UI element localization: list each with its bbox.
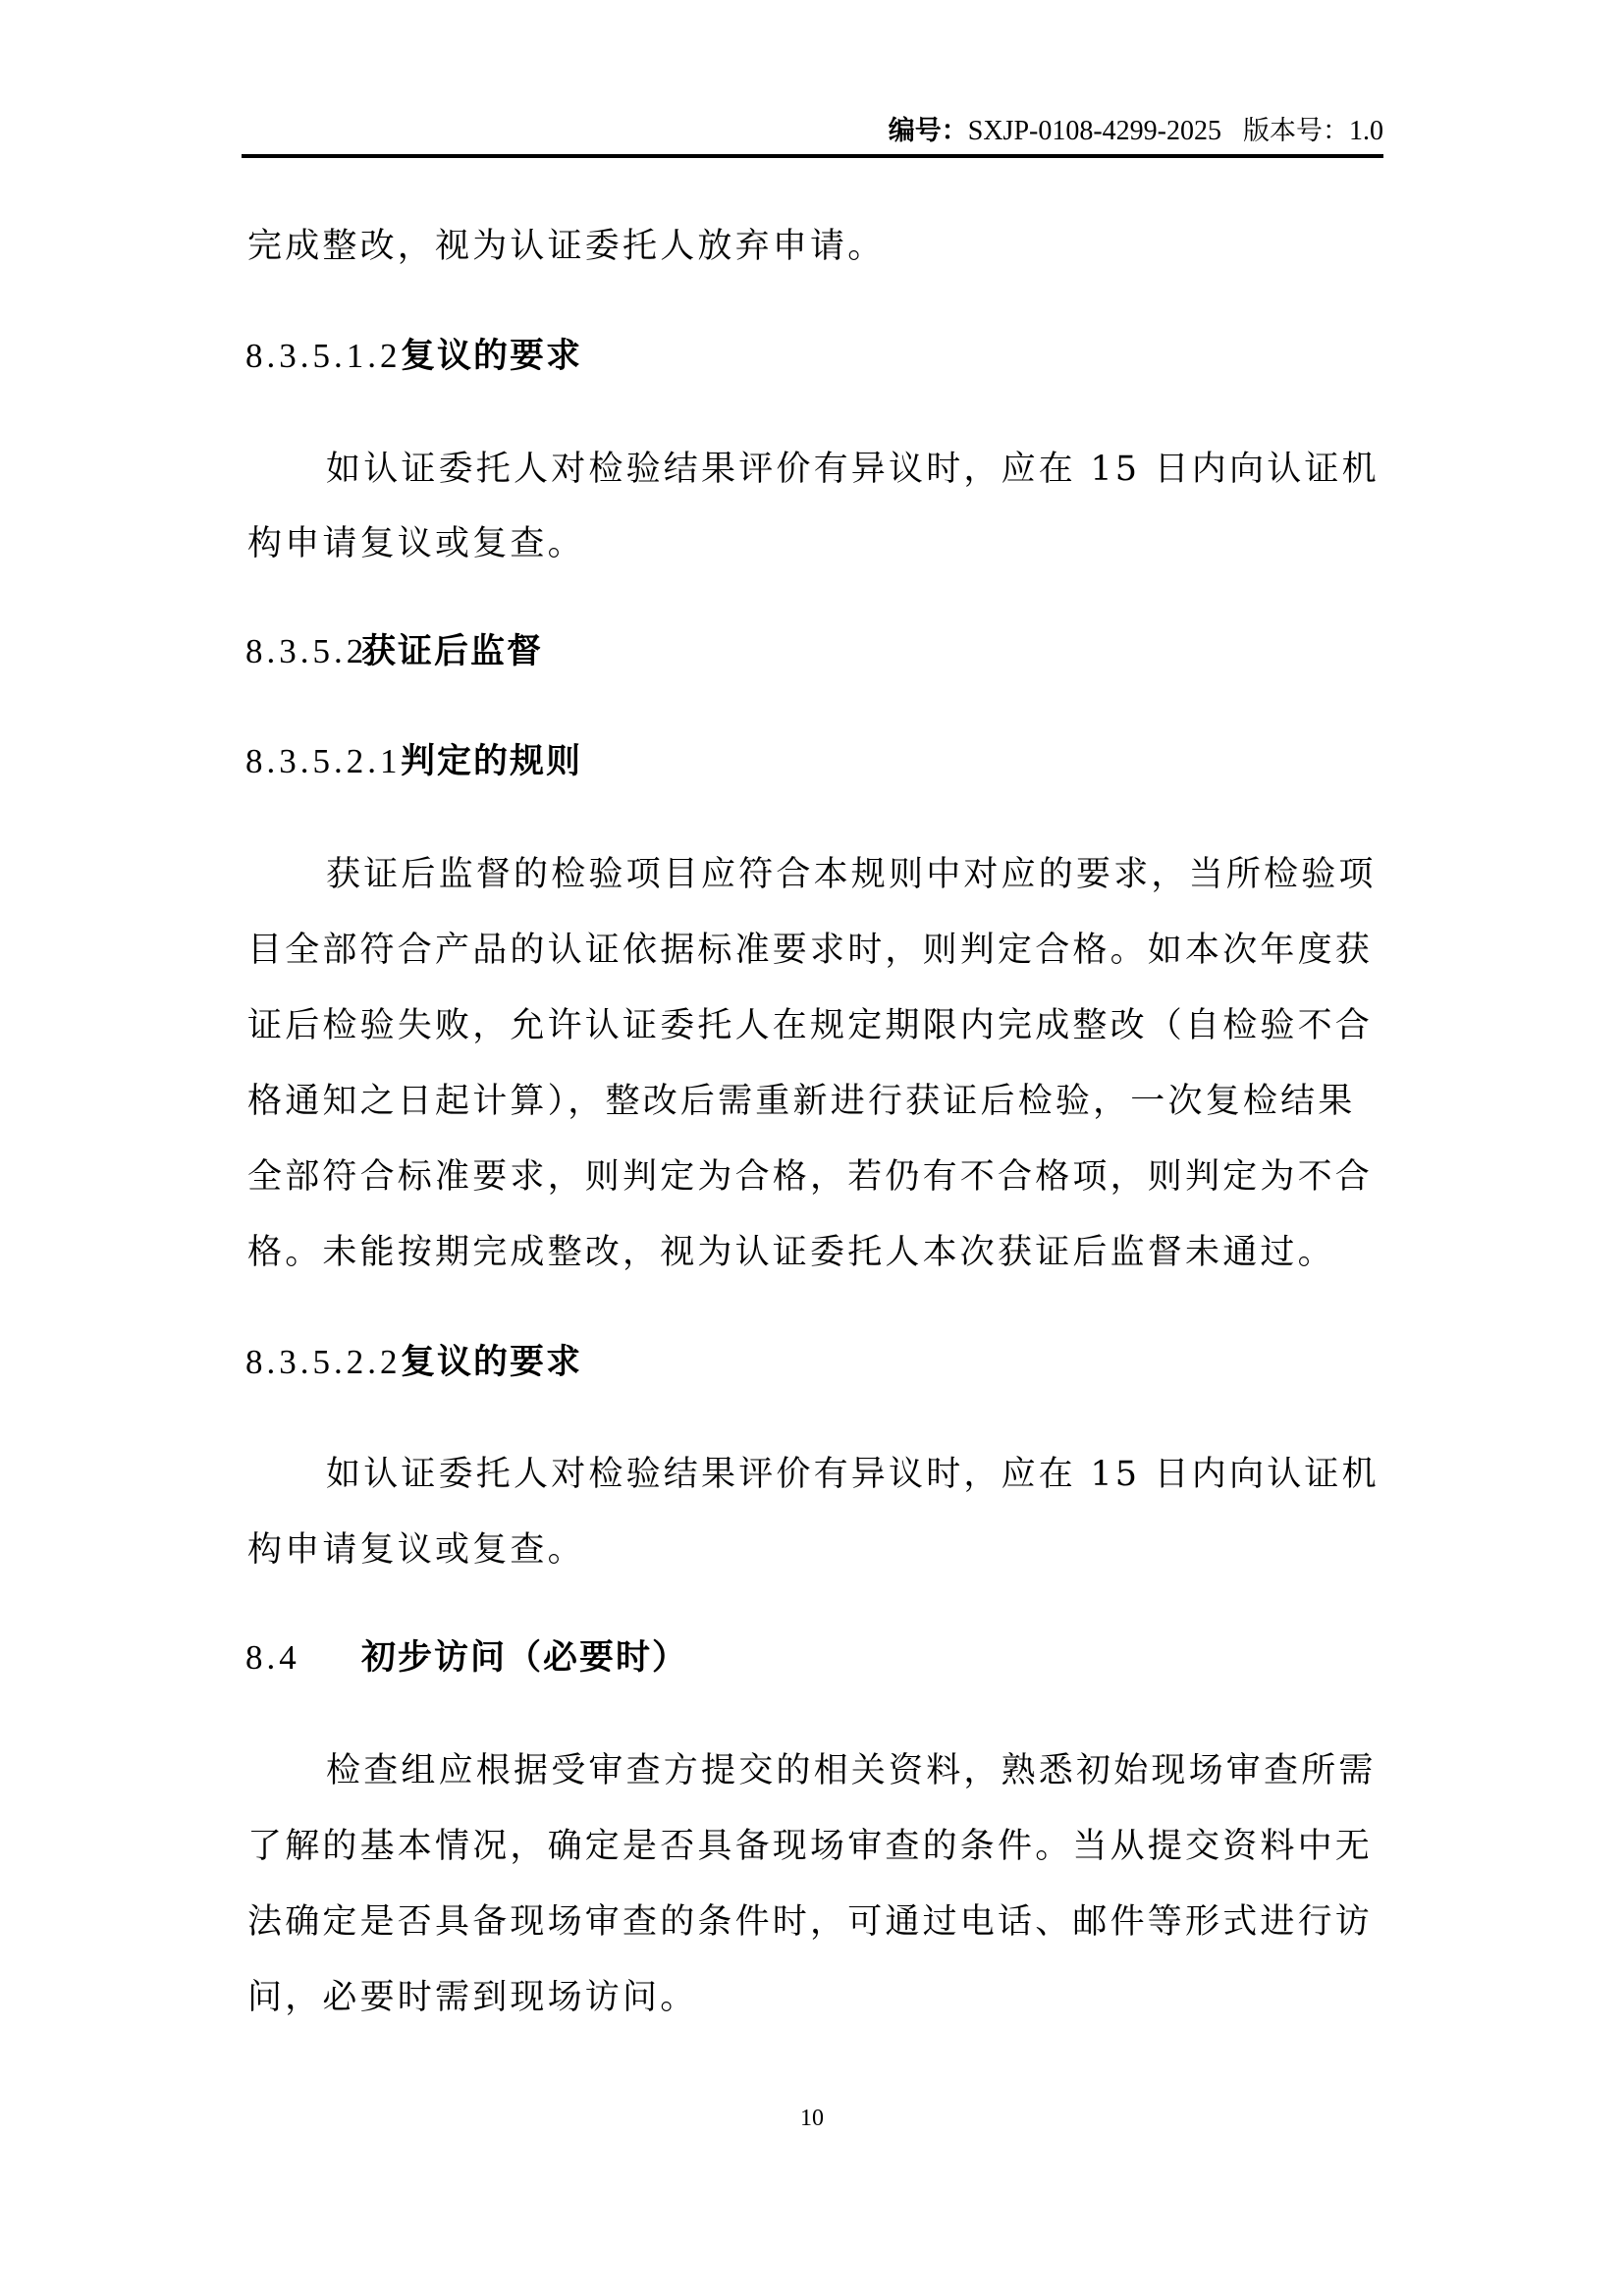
paragraph-line: 全部符合标准要求，则判定为合格，若仍有不合格项，则判定为不合 (247, 1155, 1373, 1199)
section-heading-8-3-5-2-2: 8.3.5.2.2复议的要求 (245, 1341, 582, 1384)
page-header: 编号：SXJP-0108-4299-2025版本号：1.0 (242, 112, 1383, 155)
section-heading-8-3-5-2: 8.3.5.2获证后监督 (245, 630, 543, 673)
doc-number: SXJP-0108-4299-2025 (968, 116, 1221, 146)
paragraph-line: 如认证委托人对检验结果评价有异议时，应在 15 日内向认证机 (326, 1453, 1380, 1496)
section-title: 获证后监督 (361, 632, 543, 671)
section-title: 复议的要求 (401, 1343, 582, 1382)
paragraph-line: 构申请复议或复查。 (247, 1528, 585, 1572)
paragraph-line: 格通知之日起计算），整改后需重新进行获证后检验，一次复检结果 (247, 1080, 1356, 1123)
paragraph-line: 如认证委托人对检验结果评价有异议时，应在 15 日内向认证机 (326, 448, 1380, 491)
section-number: 8.3.5.1.2 (245, 335, 401, 378)
paragraph-line: 法确定是否具备现场审查的条件时，可通过电话、邮件等形式进行访 (247, 1900, 1373, 1944)
version-label: 版本号： (1243, 116, 1349, 146)
section-title: 初步访问（必要时） (361, 1638, 688, 1678)
section-heading-8-4: 8.4初步访问（必要时） (245, 1636, 688, 1680)
doc-number-label: 编号： (889, 116, 968, 146)
section-number: 8.3.5.2.1 (245, 740, 401, 783)
section-heading-8-3-5-1-2: 8.3.5.1.2复议的要求 (245, 335, 582, 378)
paragraph-line: 构申请复议或复查。 (247, 522, 585, 565)
paragraph-line: 了解的基本情况，确定是否具备现场审查的条件。当从提交资料中无 (247, 1825, 1373, 1868)
version-number: 1.0 (1349, 116, 1383, 146)
paragraph-line: 完成整改，视为认证委托人放弃申请。 (247, 225, 885, 268)
paragraph-line: 格。未能按期完成整改，视为认证委托人本次获证后监督未通过。 (247, 1231, 1335, 1274)
paragraph-line: 问，必要时需到现场访问。 (247, 1976, 697, 2019)
paragraph-line: 检查组应根据受审查方提交的相关资料，熟悉初始现场审查所需 (326, 1749, 1377, 1792)
section-number: 8.3.5.2.2 (245, 1341, 401, 1384)
section-title: 判定的规则 (401, 742, 582, 781)
section-number: 8.4 (245, 1636, 361, 1680)
paragraph-line: 证后检验失败，允许认证委托人在规定期限内完成整改（自检验不合 (247, 1004, 1373, 1047)
header-divider (242, 154, 1383, 158)
paragraph-line: 目全部符合产品的认证依据标准要求时，则判定合格。如本次年度获 (247, 929, 1373, 972)
page-number: 10 (0, 2104, 1624, 2133)
section-heading-8-3-5-2-1: 8.3.5.2.1判定的规则 (245, 740, 582, 783)
section-number: 8.3.5.2 (245, 630, 361, 673)
paragraph-line: 获证后监督的检验项目应符合本规则中对应的要求，当所检验项 (326, 853, 1377, 896)
section-title: 复议的要求 (401, 337, 582, 376)
